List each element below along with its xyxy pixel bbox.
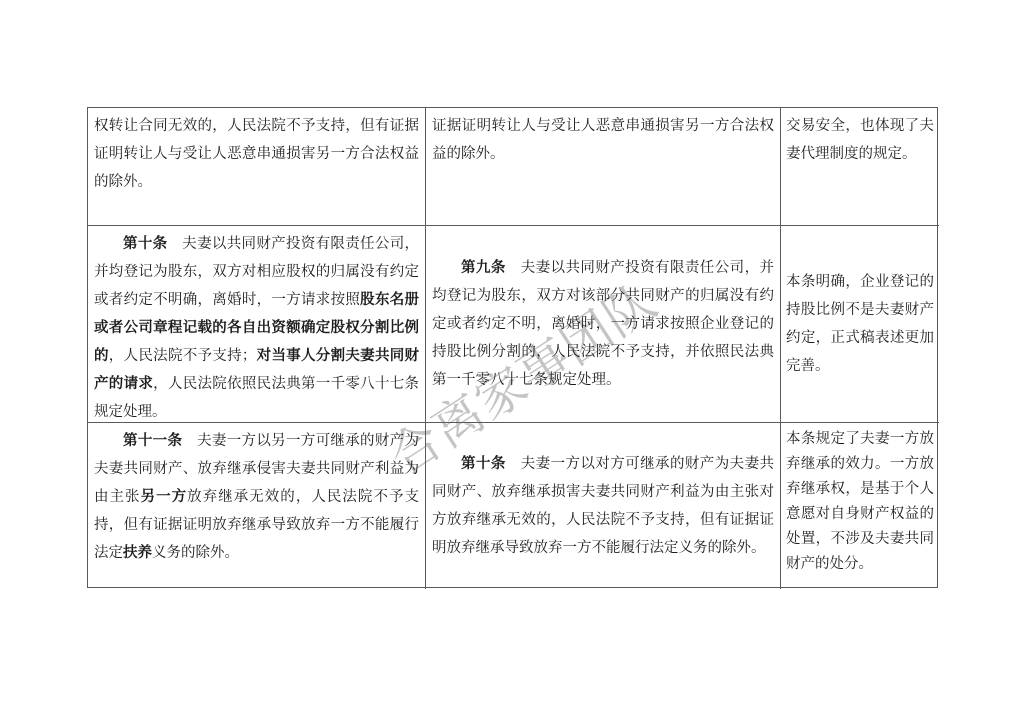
text-segment: 义务的除外。 bbox=[152, 545, 239, 561]
cell-paragraph: 第九条 夫妻以共同财产投资有限责任公司，并均登记为股东，双方对该部分共同财产的归… bbox=[432, 254, 774, 394]
article-number: 第十条 bbox=[123, 236, 167, 252]
cell-paragraph: 第十一条 夫妻一方以另一方可继承的财产为夫妻共同财产、放弃继承侵害夫妻共同财产利… bbox=[94, 427, 419, 567]
text-segment: 交易安全，也体现了夫妻代理制度的规定。 bbox=[786, 118, 934, 162]
article-number: 第九条 bbox=[461, 260, 506, 276]
text-segment: 证据证明转让人与受让人恶意串通损害另一方合法权益的除外。 bbox=[432, 118, 774, 162]
table-cell-r2c2: 第九条 夫妻以共同财产投资有限责任公司，并均登记为股东，双方对该部分共同财产的归… bbox=[426, 226, 781, 423]
cell-paragraph: 权转让合同无效的，人民法院不予支持，但有证据证明转让人与受让人恶意串通损害另一方… bbox=[94, 112, 419, 196]
text-segment: ，人民法院不予支持； bbox=[109, 348, 257, 364]
text-segment: 本条规定了夫妻一方放弃继承的效力。一方放弃继承权，是基于个人意愿对自身财产权益的… bbox=[786, 431, 934, 572]
cell-paragraph: 第十条 夫妻一方以对方可继承的财产为夫妻共同财产、放弃继承损害夫妻共同财产利益为… bbox=[432, 450, 774, 562]
text-segment-bold: 另一方 bbox=[141, 489, 188, 505]
table-cell-r1c3: 交易安全，也体现了夫妻代理制度的规定。 bbox=[781, 108, 939, 226]
text-segment: 夫妻以共同财产投资有限责任公司，并均登记为股东，双方对该部分共同财产的归属没有约… bbox=[432, 260, 774, 388]
document-page: 合离家事团队 权转让合同无效的，人民法院不予支持，但有证据证明转让人与受让人恶意… bbox=[0, 0, 1024, 724]
cell-paragraph: 交易安全，也体现了夫妻代理制度的规定。 bbox=[786, 112, 934, 168]
comparison-table: 权转让合同无效的，人民法院不予支持，但有证据证明转让人与受让人恶意串通损害另一方… bbox=[87, 107, 938, 588]
cell-paragraph: 本条明确，企业登记的持股比例不是夫妻财产约定，正式稿表述更加完善。 bbox=[786, 268, 934, 380]
table-cell-r3c2: 第十条 夫妻一方以对方可继承的财产为夫妻共同财产、放弃继承损害夫妻共同财产利益为… bbox=[426, 423, 781, 589]
text-segment: 本条明确，企业登记的持股比例不是夫妻财产约定，正式稿表述更加完善。 bbox=[786, 274, 934, 374]
article-number: 第十一条 bbox=[123, 433, 182, 449]
table-cell-r3c1: 第十一条 夫妻一方以另一方可继承的财产为夫妻共同财产、放弃继承侵害夫妻共同财产利… bbox=[88, 423, 426, 589]
table-cell-r2c1: 第十条 夫妻以共同财产投资有限责任公司，并均登记为股东，双方对相应股权的归属没有… bbox=[88, 226, 426, 423]
cell-paragraph: 本条规定了夫妻一方放弃继承的效力。一方放弃继承权，是基于个人意愿对自身财产权益的… bbox=[786, 427, 934, 577]
table-cell-r2c3: 本条明确，企业登记的持股比例不是夫妻财产约定，正式稿表述更加完善。 bbox=[781, 226, 939, 423]
cell-paragraph: 第十条 夫妻以共同财产投资有限责任公司，并均登记为股东，双方对相应股权的归属没有… bbox=[94, 230, 419, 423]
table-cell-r1c2: 证据证明转让人与受让人恶意串通损害另一方合法权益的除外。 bbox=[426, 108, 781, 226]
text-segment-bold: 扶养 bbox=[123, 545, 152, 561]
cell-paragraph: 证据证明转让人与受让人恶意串通损害另一方合法权益的除外。 bbox=[432, 112, 774, 168]
table-cell-r3c3: 本条规定了夫妻一方放弃继承的效力。一方放弃继承权，是基于个人意愿对自身财产权益的… bbox=[781, 423, 939, 589]
article-number: 第十条 bbox=[461, 456, 506, 472]
table-cell-r1c1: 权转让合同无效的，人民法院不予支持，但有证据证明转让人与受让人恶意串通损害另一方… bbox=[88, 108, 426, 226]
text-segment: 权转让合同无效的，人民法院不予支持，但有证据证明转让人与受让人恶意串通损害另一方… bbox=[94, 118, 419, 190]
